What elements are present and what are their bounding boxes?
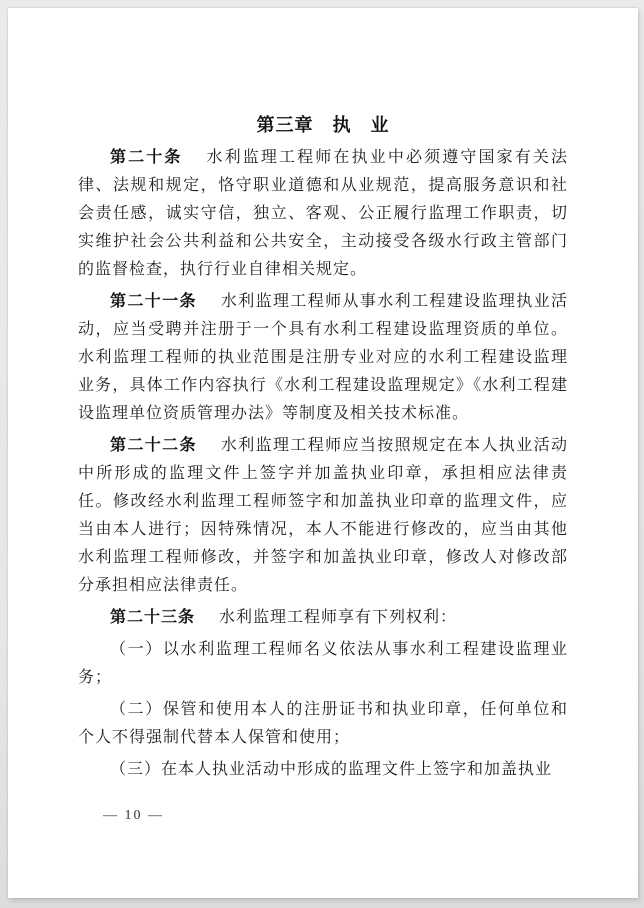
clause-item-2: （二）保管和使用本人的注册证书和执业印章，任何单位和个人不得强制代替本人保管和使… xyxy=(78,696,568,752)
page-number: — 10 — xyxy=(103,806,164,826)
article-21-text: 水利监理工程师从事水利工程建设监理执业活动，应当受聘并注册于一个具有水利工程建设… xyxy=(78,293,568,422)
article-20-text: 水利监理工程师在执业中必须遵守国家有关法律、法规和规定，恪守职业道德和从业规范，… xyxy=(78,149,568,278)
article-21-number: 第二十一条 xyxy=(110,293,197,310)
article-22-number: 第二十二条 xyxy=(110,437,197,454)
article-23-paragraph: 第二十三条水利监理工程师享有下列权利： xyxy=(78,604,568,632)
document-page: 第三章 执 业 第二十条水利监理工程师在执业中必须遵守国家有关法律、法规和规定，… xyxy=(8,8,638,898)
article-23-text: 水利监理工程师享有下列权利： xyxy=(219,609,457,626)
article-20-paragraph: 第二十条水利监理工程师在执业中必须遵守国家有关法律、法规和规定，恪守职业道德和从… xyxy=(78,144,568,284)
scan-background: 第三章 执 业 第二十条水利监理工程师在执业中必须遵守国家有关法律、法规和规定，… xyxy=(0,0,644,908)
clause-item-3: （三）在本人执业活动中形成的监理文件上签字和加盖执业 xyxy=(78,756,568,784)
article-20-number: 第二十条 xyxy=(110,149,183,166)
article-22-text: 水利监理工程师应当按照规定在本人执业活动中所形成的监理文件上签字并加盖执业印章，… xyxy=(78,437,568,594)
article-22-paragraph: 第二十二条水利监理工程师应当按照规定在本人执业活动中所形成的监理文件上签字并加盖… xyxy=(78,432,568,600)
article-21-paragraph: 第二十一条水利监理工程师从事水利工程建设监理执业活动，应当受聘并注册于一个具有水… xyxy=(78,288,568,428)
page-content: 第三章 执 业 第二十条水利监理工程师在执业中必须遵守国家有关法律、法规和规定，… xyxy=(78,114,568,784)
chapter-heading: 第三章 执 业 xyxy=(78,114,568,136)
clause-item-1: （一）以水利监理工程师名义依法从事水利工程建设监理业务； xyxy=(78,636,568,692)
article-23-number: 第二十三条 xyxy=(110,609,195,626)
